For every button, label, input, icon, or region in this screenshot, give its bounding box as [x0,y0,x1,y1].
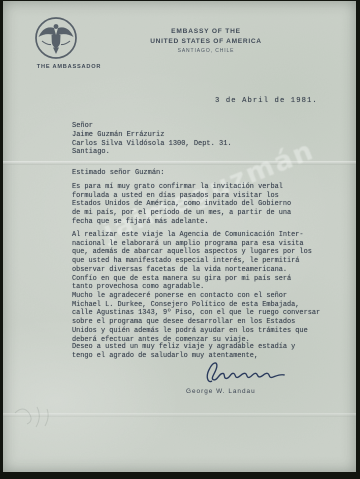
embassy-line-2: UNITED STATES OF AMERICA [118,38,294,45]
embassy-letterhead: EMBASSY OF THE UNITED STATES OF AMERICA … [118,28,294,54]
embassy-city: SANTIAGO, CHILE [118,48,294,54]
pencil-marks [9,399,69,435]
letter-paper: jaimeguzmán THE AMBASSADOR EMBASSY OF TH… [3,1,356,472]
paragraph-1: Es para mí muy grato confirmar la invita… [72,183,291,227]
paragraph-2: Al realizar este viaje la Agencia de Com… [72,231,312,292]
handwritten-signature [198,357,290,388]
office-title: THE AMBASSADOR [21,64,117,70]
typed-signature-name: George W. Landau [186,388,256,395]
paragraph-3: Mucho le agradeceré ponerse en contacto … [72,292,320,344]
recipient-address: Señor Jaime Guzmán Errázuriz Carlos Silv… [72,122,232,157]
us-great-seal-icon [34,16,78,60]
embassy-line-1: EMBASSY OF THE [118,28,294,35]
salutation: Estimado señor Guzmán: [72,169,164,177]
fold-crease-upper [3,161,356,165]
letter-date: 3 de Abril de 1981. [215,97,318,105]
scanned-letter: jaimeguzmán THE AMBASSADOR EMBASSY OF TH… [0,0,360,479]
